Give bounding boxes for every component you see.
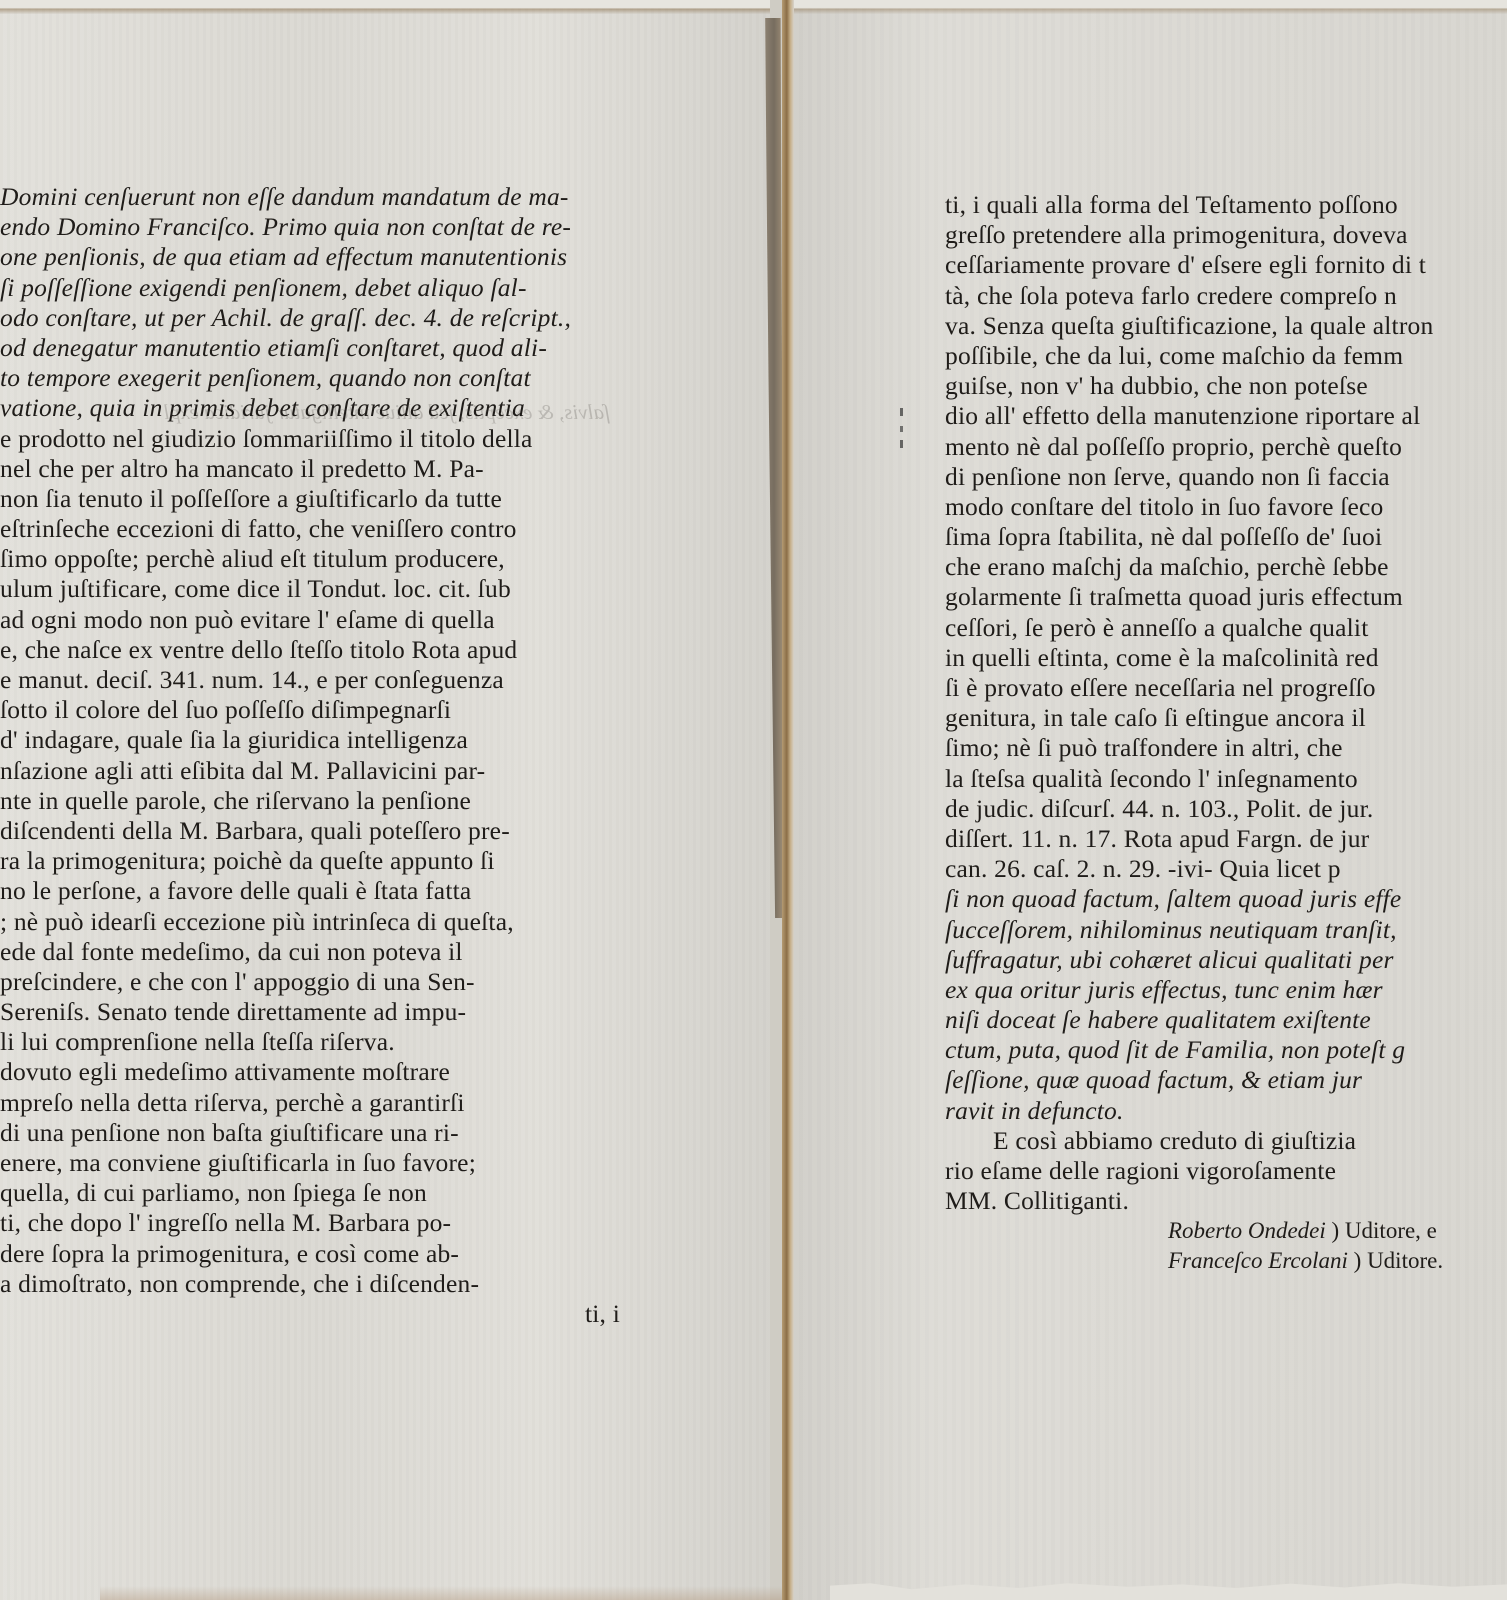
text-line: diſſert. 11. n. 17. Rota apud Fargn. de … (945, 824, 1507, 854)
text-line: Domini cenſuerunt non eſſe dandum mandat… (0, 182, 620, 212)
text-line: ad ogni modo non può evitare l' eſame di… (0, 605, 620, 635)
text-line: ſotto il colore del ſuo poſſeſſo diſimpe… (0, 695, 620, 725)
text-line: di una penſione non baſta giuſtificare u… (0, 1118, 620, 1148)
text-line: ſi è provato eſſere neceſſaria nel progr… (945, 673, 1507, 703)
text-line: niſi doceat ſe habere qualitatem exiſten… (945, 1005, 1507, 1035)
text-line: e, che naſce ex ventre dello ſteſſo tito… (0, 635, 620, 665)
catchword: ti, i (0, 1299, 620, 1329)
text-line: ceſſariamente provare d' eſsere egli for… (945, 250, 1507, 280)
text-line: ſima ſopra ſtabilita, nè dal poſſeſſo de… (945, 522, 1507, 552)
text-line: che erano maſchj da maſchio, perchè ſebb… (945, 552, 1507, 582)
text-line: one penſionis, de qua etiam ad effectum … (0, 242, 620, 272)
text-line: a dimoſtrato, non comprende, che i diſce… (0, 1269, 620, 1299)
left-page-text: Domini cenſuerunt non eſſe dandum mandat… (0, 182, 620, 1329)
water-stain-bottom (100, 1586, 820, 1600)
text-line: dere ſopra la primogenitura, e così come… (0, 1239, 620, 1269)
text-line: vatione, quia in primis debet conſtare d… (0, 393, 620, 423)
text-line: in quelli eſtinta, come è la maſcolinità… (945, 643, 1507, 673)
text-line: preſcindere, e che con l' appoggio di un… (0, 967, 620, 997)
text-line: odo conſtare, ut per Achil. de graſſ. de… (0, 303, 620, 333)
text-line: ſi non quoad factum, ſaltem quoad juris … (945, 884, 1507, 914)
water-stain-top (790, 0, 1507, 14)
text-line: greſſo pretendere alla primogenitura, do… (945, 220, 1507, 250)
text-line: E così abbiamo creduto di giuſtizia (945, 1126, 1507, 1156)
text-line: enere, ma conviene giuſtificarla in ſuo … (0, 1148, 620, 1178)
right-page-text: ti, i quali alla forma del Teſtamento po… (945, 190, 1507, 1216)
text-line: ti, i quali alla forma del Teſtamento po… (945, 190, 1507, 220)
signatory-title: ) Uditore. (1354, 1248, 1443, 1273)
text-line: mento nè dal poſſeſſo proprio, perchè qu… (945, 432, 1507, 462)
text-line: eſtrinſeche eccezioni di fatto, che veni… (0, 514, 620, 544)
text-line: ede dal fonte medeſimo, da cui non potev… (0, 937, 620, 967)
text-line: poſſibile, che da lui, come maſchio da f… (945, 341, 1507, 371)
text-line: ſimo oppoſte; perchè aliud eſt titulum p… (0, 544, 620, 574)
text-line: ſi poſſeſſione exigendi penſionem, debet… (0, 273, 620, 303)
text-line: nel che per altro ha mancato il predetto… (0, 454, 620, 484)
text-line: mpreſo nella detta riſerva, perchè a gar… (0, 1088, 620, 1118)
text-line: dio all' effetto della manutenzione ripo… (945, 401, 1507, 431)
text-line: va. Senza queſta giuſtificazione, la qua… (945, 311, 1507, 341)
text-line: non ſia tenuto il poſſeſſore a giuſtific… (0, 484, 620, 514)
text-line: d' indagare, quale ſia la giuridica inte… (0, 725, 620, 755)
text-line: ſucceſſorem, nihilominus neutiquam tranſ… (945, 915, 1507, 945)
text-line: guiſse, non v' ha dubbio, che non poteſs… (945, 371, 1507, 401)
text-line: dovuto egli medeſimo attivamente moſtrar… (0, 1057, 620, 1087)
text-line: diſcendenti della M. Barbara, quali pote… (0, 816, 620, 846)
water-stain-top (0, 0, 770, 14)
text-line: can. 26. caſ. 2. n. 29. -ivi- Quia licet… (945, 854, 1507, 884)
text-line: tà, che ſola poteva farlo credere compre… (945, 281, 1507, 311)
text-line: od denegatur manutentio etiamſi conſtare… (0, 333, 620, 363)
signatory-name: Roberto Ondedei (1168, 1218, 1332, 1243)
text-line: ra la primogenitura; poichè da queſte ap… (0, 846, 620, 876)
text-line: ceſſori, ſe però è anneſſo a qualche qua… (945, 613, 1507, 643)
text-line: Sereniſs. Senato tende direttamente ad i… (0, 997, 620, 1027)
ink-mark (900, 408, 903, 448)
text-line: no le perſone, a favore delle quali è ſt… (0, 876, 620, 906)
text-line: e prodotto nel giudizio ſommariiſſimo il… (0, 424, 620, 454)
text-line: genitura, in tale caſo ſi eſtingue ancor… (945, 703, 1507, 733)
text-line: ex qua oritur juris effectus, tunc enim … (945, 975, 1507, 1005)
signature-block: Roberto Ondedei ) Uditore, eFranceſco Er… (1168, 1216, 1443, 1276)
text-line: rio eſame delle ragioni vigoroſamente (945, 1156, 1507, 1186)
signatory-title: ) Uditore, e (1332, 1218, 1437, 1243)
signature-line: Roberto Ondedei ) Uditore, e (1168, 1216, 1443, 1246)
text-line: ctum, puta, quod ſit de Familia, non pot… (945, 1035, 1507, 1065)
binding-gutter (782, 0, 794, 1600)
torn-edge (830, 1576, 1507, 1600)
book-spread: ſalvis, & exceptis, jed alliue intelliga… (0, 0, 1507, 1600)
text-line: quella, di cui parliamo, non ſpiega ſe n… (0, 1178, 620, 1208)
text-line: la ſteſsa qualità ſecondo l' inſegnament… (945, 764, 1507, 794)
text-line: ſeſſione, quæ quoad factum, & etiam jur (945, 1065, 1507, 1095)
signatory-name: Franceſco Ercolani (1168, 1248, 1354, 1273)
text-line: endo Domino Franciſco. Primo quia non co… (0, 212, 620, 242)
text-line: nſazione agli atti eſibita dal M. Pallav… (0, 756, 620, 786)
text-line: modo conſtare del titolo in ſuo favore ſ… (945, 492, 1507, 522)
signature-line: Franceſco Ercolani ) Uditore. (1168, 1246, 1443, 1276)
text-line: de judic. diſcurſ. 44. n. 103., Polit. d… (945, 794, 1507, 824)
text-line: ulum juſtificare, come dice il Tondut. l… (0, 574, 620, 604)
text-line: MM. Collitiganti. (945, 1186, 1507, 1216)
text-line: to tempore exegerit penſionem, quando no… (0, 363, 620, 393)
text-line: ; nè può idearſi eccezione più intrinſec… (0, 907, 620, 937)
text-line: nte in quelle parole, che riſervano la p… (0, 786, 620, 816)
text-line: ravit in defuncto. (945, 1096, 1507, 1126)
text-line: ſimo; nè ſi può traſfondere in altri, ch… (945, 733, 1507, 763)
text-line: ſuffragatur, ubi cohæret alicui qualitat… (945, 945, 1507, 975)
text-line: e manut. deciſ. 341. num. 14., e per con… (0, 665, 620, 695)
text-line: li lui comprenſione nella ſteſſa riſerva… (0, 1027, 620, 1057)
text-line: di penſione non ſerve, quando non ſi fac… (945, 462, 1507, 492)
text-line: ti, che dopo l' ingreſſo nella M. Barbar… (0, 1208, 620, 1238)
text-line: golarmente ſi traſmetta quoad juris effe… (945, 582, 1507, 612)
